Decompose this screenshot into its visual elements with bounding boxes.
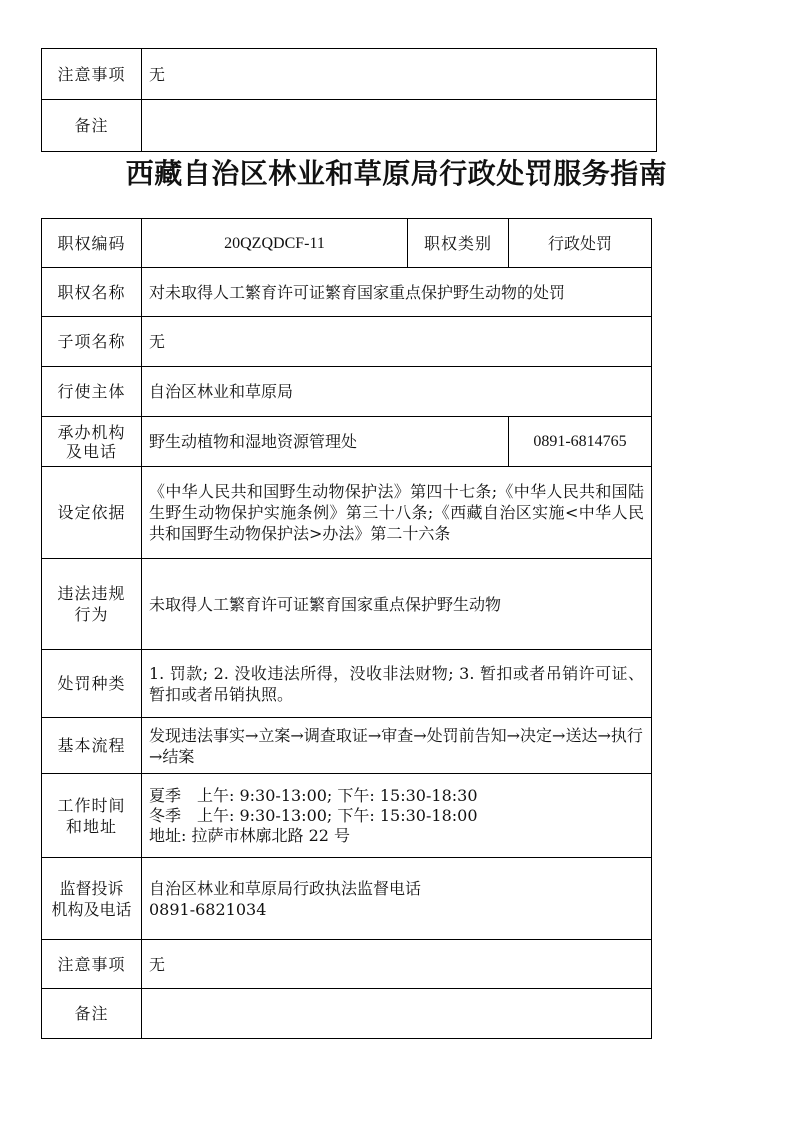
remarks-value	[142, 989, 652, 1039]
table-row-process: 基本流程 发现违法事实→立案→调查取证→审查→处罚前告知→决定→送达→执行→结案	[42, 718, 652, 774]
notes-label: 注意事项	[42, 49, 142, 100]
category-value: 行政处罚	[509, 219, 652, 268]
penalty-types-value: 1. 罚款; 2. 没收违法所得，没收非法财物; 3. 暂扣或者吊销许可证、暂扣…	[142, 650, 652, 718]
table-row-basis: 设定依据 《中华人民共和国野生动物保护法》第四十七条;《中华人民共和国陆生野生动…	[42, 467, 652, 559]
table-row-supervision: 监督投诉 机构及电话 自治区林业和草原局行政执法监督电话 0891-682103…	[42, 858, 652, 940]
code-label: 职权编码	[42, 219, 142, 268]
process-value: 发现违法事实→立案→调查取证→审查→处罚前告知→决定→送达→执行→结案	[142, 718, 652, 774]
table-row-agency: 承办机构 及电话 野生动植物和湿地资源管理处 0891-6814765	[42, 417, 652, 467]
name-value: 对未取得人工繁育许可证繁育国家重点保护野生动物的处罚	[142, 268, 652, 317]
penalty-types-label: 处罚种类	[42, 650, 142, 718]
notes-label: 注意事项	[42, 940, 142, 989]
table-row-hours: 工作时间 和地址 夏季 上午: 9:30-13:00; 下午: 15:30-18…	[42, 774, 652, 858]
remarks-value	[142, 100, 657, 152]
table-row-sub-item: 子项名称 无	[42, 317, 652, 367]
agency-label: 承办机构 及电话	[42, 417, 142, 467]
violation-label: 违法违规 行为	[42, 559, 142, 650]
remarks-label: 备注	[42, 100, 142, 152]
process-label: 基本流程	[42, 718, 142, 774]
supervision-value: 自治区林业和草原局行政执法监督电话 0891-6821034	[142, 858, 652, 940]
notes-value: 无	[142, 940, 652, 989]
basis-value: 《中华人民共和国野生动物保护法》第四十七条;《中华人民共和国陆生野生动物保护实施…	[142, 467, 652, 559]
sub-item-value: 无	[142, 317, 652, 367]
previous-page-table-tail: 注意事项 无 备注	[41, 48, 657, 152]
hours-label: 工作时间 和地址	[42, 774, 142, 858]
hours-value: 夏季 上午: 9:30-13:00; 下午: 15:30-18:30 冬季 上午…	[142, 774, 652, 858]
supervision-label: 监督投诉 机构及电话	[42, 858, 142, 940]
name-label: 职权名称	[42, 268, 142, 317]
table-row-subject: 行使主体 自治区林业和草原局	[42, 367, 652, 417]
page-title: 西藏自治区林业和草原局行政处罚服务指南	[0, 154, 793, 194]
subject-label: 行使主体	[42, 367, 142, 417]
agency-value: 野生动植物和湿地资源管理处	[142, 417, 509, 467]
category-label: 职权类别	[408, 219, 509, 268]
table-row-remarks: 备注	[42, 989, 652, 1039]
table-row-notes: 注意事项 无	[42, 940, 652, 989]
violation-value: 未取得人工繁育许可证繁育国家重点保护野生动物	[142, 559, 652, 650]
table-row-violation: 违法违规 行为 未取得人工繁育许可证繁育国家重点保护野生动物	[42, 559, 652, 650]
table-row-name: 职权名称 对未取得人工繁育许可证繁育国家重点保护野生动物的处罚	[42, 268, 652, 317]
table-row-code: 职权编码 20QZQDCF-11 职权类别 行政处罚	[42, 219, 652, 268]
basis-label: 设定依据	[42, 467, 142, 559]
table-row-notes: 注意事项 无	[42, 49, 657, 100]
table-row-penalty-types: 处罚种类 1. 罚款; 2. 没收违法所得，没收非法财物; 3. 暂扣或者吊销许…	[42, 650, 652, 718]
code-value: 20QZQDCF-11	[142, 219, 408, 268]
service-guide-table: 职权编码 20QZQDCF-11 职权类别 行政处罚 职权名称 对未取得人工繁育…	[41, 218, 652, 1039]
sub-item-label: 子项名称	[42, 317, 142, 367]
remarks-label: 备注	[42, 989, 142, 1039]
agency-phone: 0891-6814765	[509, 417, 652, 467]
notes-value: 无	[142, 49, 657, 100]
subject-value: 自治区林业和草原局	[142, 367, 652, 417]
table-row-remarks: 备注	[42, 100, 657, 152]
